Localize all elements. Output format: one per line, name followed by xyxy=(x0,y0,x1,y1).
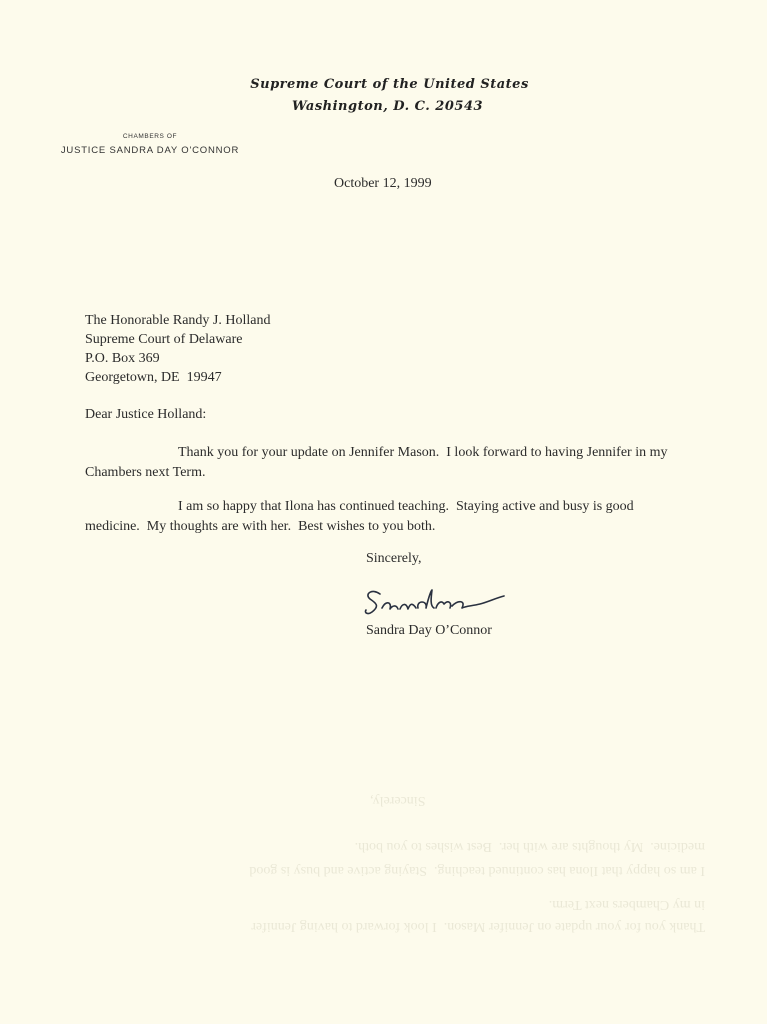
letter-page: Supreme Court of the United States Washi… xyxy=(0,0,767,1024)
bleed-through-line-3: in my Chambers next Term. xyxy=(85,896,705,912)
recipient-organization: Supreme Court of Delaware xyxy=(85,330,270,349)
body-paragraph-1: Thank you for your update on Jennifer Ma… xyxy=(85,443,690,482)
bleed-through-line-1: medicine. My thoughts are with her. Best… xyxy=(85,838,705,854)
letterhead-address: Washington, D. C. 20543 xyxy=(4,99,767,114)
bleed-through-line-4: Thank you for your update on Jennifer Ma… xyxy=(85,918,705,934)
recipient-city-state-zip: Georgetown, DE 19947 xyxy=(85,368,270,387)
salutation: Dear Justice Holland: xyxy=(85,407,206,423)
letter-date: October 12, 1999 xyxy=(334,176,432,192)
body-paragraph-1-text: Thank you for your update on Jennifer Ma… xyxy=(85,445,671,480)
recipient-name: The Honorable Randy J. Holland xyxy=(85,311,270,330)
closing: Sincerely, xyxy=(366,551,421,567)
bleed-through-line-2: I am so happy that Ilona has continued t… xyxy=(85,862,705,878)
recipient-po-box: P.O. Box 369 xyxy=(85,349,270,368)
body-paragraph-2-text: I am so happy that Ilona has continued t… xyxy=(85,499,637,534)
recipient-address-block: The Honorable Randy J. Holland Supreme C… xyxy=(85,311,270,387)
handwritten-signature xyxy=(362,582,512,618)
letterhead-court-name: Supreme Court of the United States xyxy=(6,77,767,92)
chambers-justice-name: JUSTICE SANDRA DAY O'CONNOR xyxy=(52,145,248,156)
signer-name: Sandra Day O’Connor xyxy=(366,623,492,639)
body-paragraph-2: I am so happy that Ilona has continued t… xyxy=(85,497,690,536)
chambers-of-label: CHAMBERS OF xyxy=(52,133,248,140)
bleed-through-closing: Sincerely, xyxy=(370,792,425,808)
